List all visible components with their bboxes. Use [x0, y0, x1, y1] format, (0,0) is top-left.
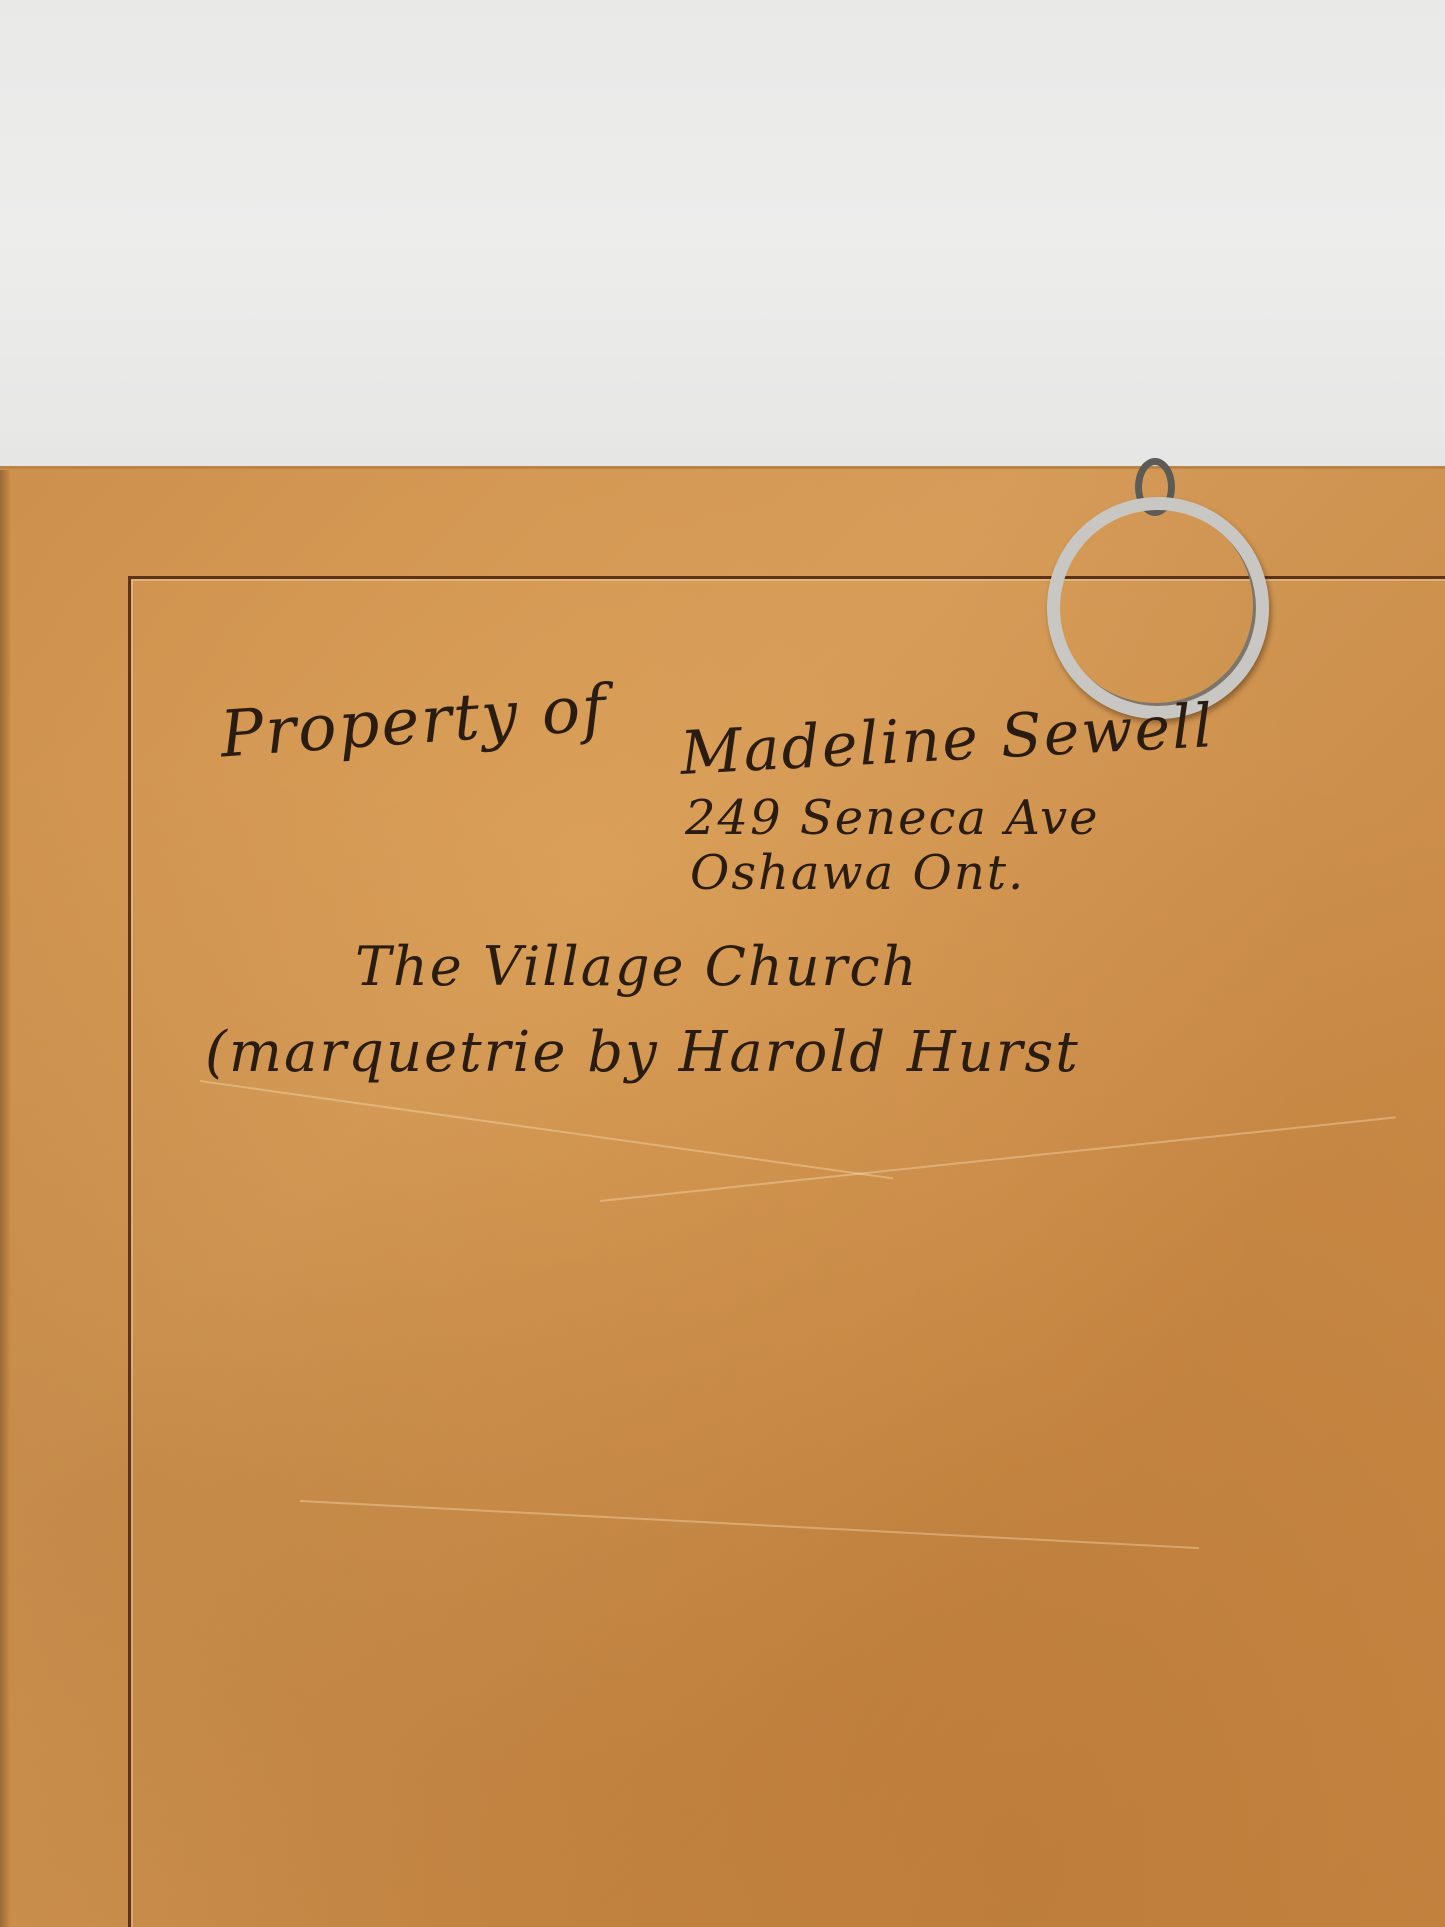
hanging-ring-icon	[1047, 497, 1269, 719]
inscription-credit: (marquetrie by Harold Hurst	[205, 1020, 1080, 1085]
wall-background	[0, 0, 1445, 470]
inscription-address-street: 249 Seneca Ave	[685, 790, 1099, 846]
frame-left-edge	[0, 470, 10, 1927]
inscription-address-city: Oshawa Ont.	[690, 845, 1025, 901]
inscription-title: The Village Church	[355, 935, 918, 998]
